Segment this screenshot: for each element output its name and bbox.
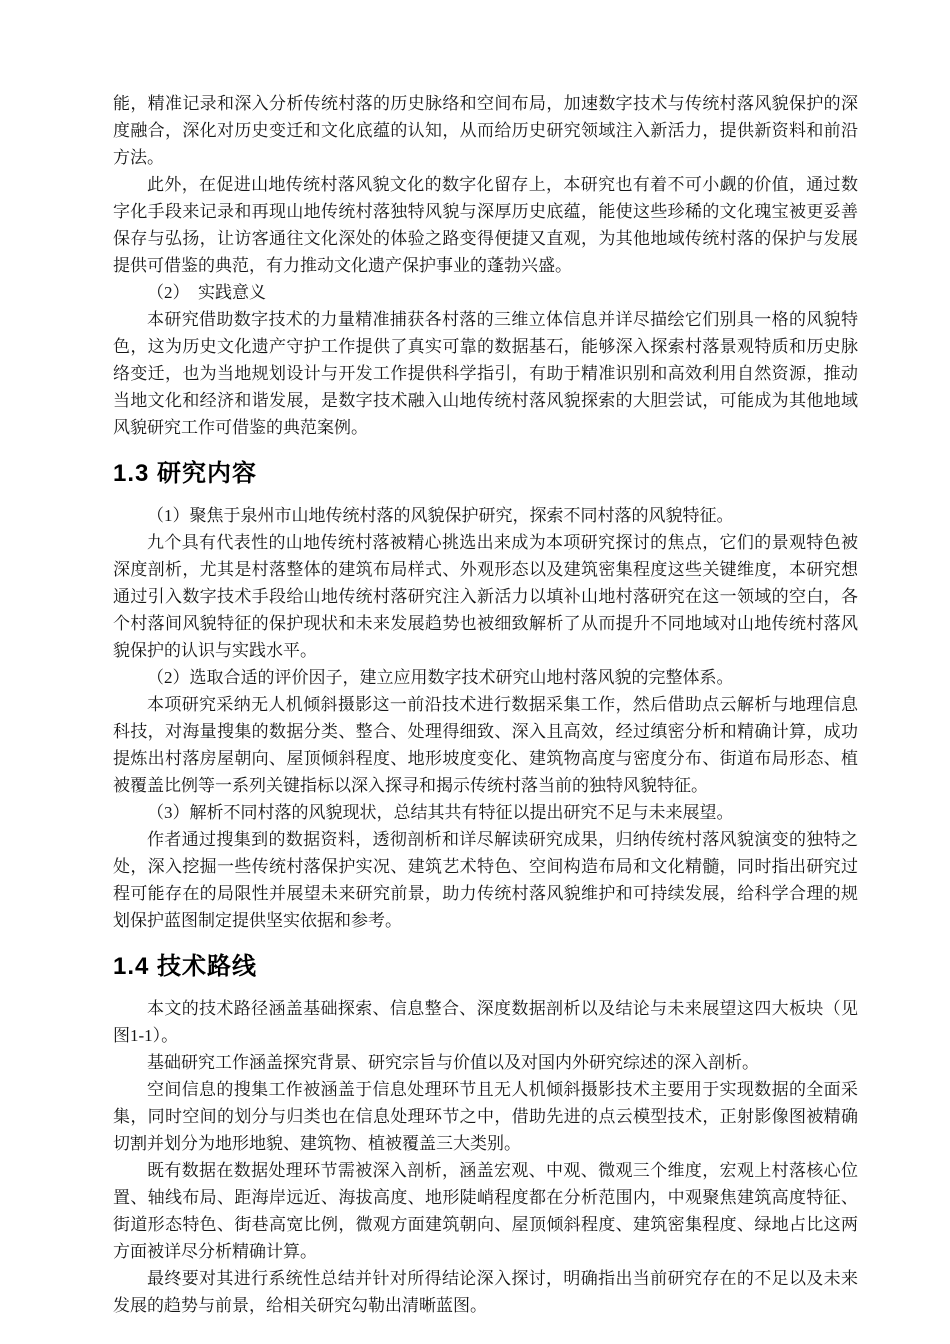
body-paragraph: 本研究借助数字技术的力量精准捕获各村落的三维立体信息并详尽描绘它们别具一格的风貌…: [113, 306, 858, 441]
body-paragraph: 九个具有代表性的山地传统村落被精心挑选出来成为本项研究探讨的焦点，它们的景观特色…: [113, 529, 858, 664]
section-heading: 1.4 技术路线: [113, 951, 858, 982]
body-paragraph: （2） 实践意义: [113, 279, 858, 306]
body-paragraph: 此外，在促进山地传统村落风貌文化的数字化留存上，本研究也有着不可小觑的价值，通过…: [113, 171, 858, 279]
body-paragraph: 空间信息的搜集工作被涵盖于信息处理环节且无人机倾斜摄影技术主要用于实现数据的全面…: [113, 1076, 858, 1157]
body-paragraph: 最终要对其进行系统性总结并针对所得结论深入探讨，明确指出当前研究存在的不足以及未…: [113, 1265, 858, 1319]
body-paragraph: （2）选取合适的评价因子，建立应用数字技术研究山地村落风貌的完整体系。: [113, 664, 858, 691]
body-paragraph: 能，精准记录和深入分析传统村落的历史脉络和空间布局，加速数字技术与传统村落风貌保…: [113, 90, 858, 171]
document-blocks: 能，精准记录和深入分析传统村落的历史脉络和空间布局，加速数字技术与传统村落风貌保…: [113, 90, 858, 1319]
body-paragraph: 本文的技术路径涵盖基础探索、信息整合、深度数据剖析以及结论与未来展望这四大板块（…: [113, 995, 858, 1049]
body-paragraph: （3）解析不同村落的风貌现状，总结其共有特征以提出研究不足与未来展望。: [113, 799, 858, 826]
document-page: 能，精准记录和深入分析传统村落的历史脉络和空间布局，加速数字技术与传统村落风貌保…: [0, 0, 950, 1344]
body-paragraph: 本项研究采纳无人机倾斜摄影这一前沿技术进行数据采集工作，然后借助点云解析与地理信…: [113, 691, 858, 799]
body-paragraph: （1）聚焦于泉州市山地传统村落的风貌保护研究，探索不同村落的风貌特征。: [113, 502, 858, 529]
body-paragraph: 基础研究工作涵盖探究背景、研究宗旨与价值以及对国内外研究综述的深入剖析。: [113, 1049, 858, 1076]
body-paragraph: 既有数据在数据处理环节需被深入剖析，涵盖宏观、中观、微观三个维度，宏观上村落核心…: [113, 1157, 858, 1265]
body-paragraph: 作者通过搜集到的数据资料，透彻剖析和详尽解读研究成果，归纳传统村落风貌演变的独特…: [113, 826, 858, 934]
section-heading: 1.3 研究内容: [113, 458, 858, 489]
